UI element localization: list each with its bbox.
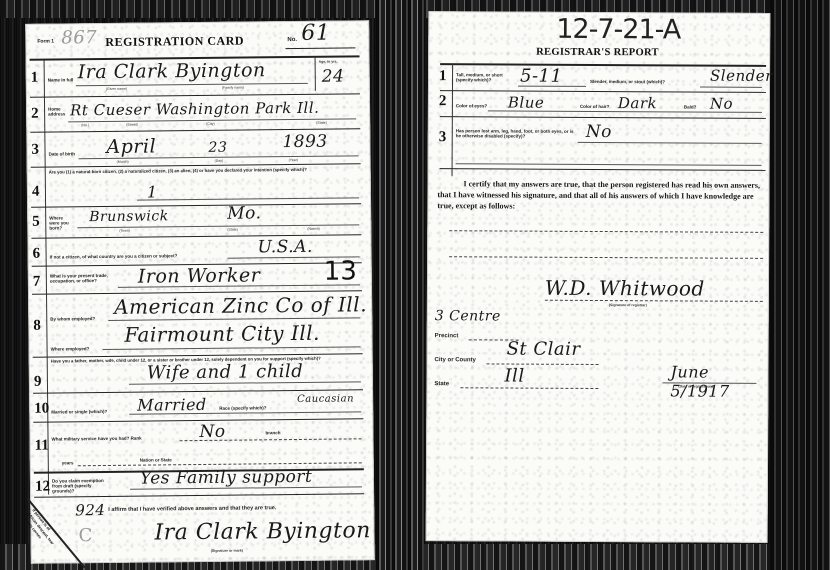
disability-value: No <box>586 122 612 142</box>
bald-label: Bald? <box>684 105 697 110</box>
occupation-value: Iron Worker <box>138 264 261 287</box>
registration-date-label: (Date of registration) <box>678 384 712 388</box>
registrars-report: 12-7-21-A REGISTRAR'S REPORT 1 Tall, med… <box>426 11 771 543</box>
film-divider <box>376 0 424 570</box>
build-value: Slender <box>710 67 773 85</box>
name-label: Name in full <box>48 78 74 83</box>
nation-label: Nation or State <box>140 458 172 463</box>
race-label: Race (specify which)? <box>219 406 266 411</box>
occupation-code: 13 <box>324 256 357 286</box>
state-value: Ill <box>504 366 524 387</box>
registration-card: Form 1 867 REGISTRATION CARD No. 61 1 Na… <box>25 20 375 564</box>
birthplace-town: Brunswick <box>89 208 169 225</box>
signature-label: (Signature or mark) <box>211 549 243 553</box>
certification-text: I certify that my answers are true, that… <box>437 178 763 213</box>
hair-color-value: Dark <box>618 94 657 112</box>
military-label: What military service have you had? Rank <box>52 437 142 443</box>
employer-label: By whom employed? <box>50 317 95 322</box>
foreign-citizen-label: If not a citizen, of what country are yo… <box>50 254 178 260</box>
eye-color-label: Color of eyes? <box>456 104 487 109</box>
age-value: 24 <box>322 66 345 86</box>
birthplace-state: Mo. <box>227 203 261 223</box>
city-value: St Clair <box>507 339 581 360</box>
employment-place-label: Where employed? <box>51 347 90 352</box>
serial-stamp: 12-7-21-A <box>556 14 680 46</box>
precinct-label: Precinct <box>435 333 459 340</box>
registrar-signature: W.D. Whitwood <box>545 276 705 301</box>
report-title: REGISTRAR'S REPORT <box>536 47 659 59</box>
employer-value: American Zinc Co of Ill. <box>114 292 367 319</box>
margin-note: 924 <box>75 501 105 519</box>
dob-label: Date of birth <box>49 152 76 157</box>
registrant-signature: Ira Clark Byington <box>154 518 371 545</box>
marital-label: Married or single (which)? <box>51 410 107 416</box>
citizenship-label: Are you (1) a natural-born citizen, (2) … <box>49 167 359 175</box>
state-label: State <box>434 381 449 388</box>
precinct-value: 3 Centre <box>435 308 501 324</box>
eye-color-value: Blue <box>508 94 544 112</box>
disability-label: Has person lost arm, leg, hand, foot, or… <box>456 129 576 140</box>
city-label: City or County <box>435 357 476 364</box>
form-number: 867 <box>61 27 97 48</box>
film-edge-right <box>770 0 830 570</box>
bald-value: No <box>710 95 733 113</box>
card-title: REGISTRATION CARD <box>105 34 244 50</box>
years-label: years <box>62 461 74 466</box>
serial-no: 61 <box>301 21 330 46</box>
employment-place-value: Fairmount City Ill. <box>124 321 320 347</box>
marital-value: Married <box>137 395 207 415</box>
dob-month: April <box>106 135 156 158</box>
affirmation-text: I affirm that I have verified above answ… <box>108 505 276 513</box>
name-value: Ira Clark Byington <box>78 59 266 83</box>
hair-color-label: Color of hair? <box>580 105 610 110</box>
build-label: Slender, medium, or stout (which)? <box>590 80 665 85</box>
address-label: Home address <box>48 107 68 117</box>
dependents-value: Wife and 1 child <box>147 361 304 384</box>
branch-label: branch <box>265 431 280 436</box>
height-label: Tall, medium, or short (specify which)? <box>456 73 518 83</box>
foreign-citizen-value: U.S.A. <box>257 237 313 258</box>
age-label: Age, in yrs. <box>319 60 338 64</box>
registrar-signature-label: (Signature of registrar) <box>609 303 647 307</box>
exemption-label: Do you claim exemption from draft (speci… <box>52 479 114 494</box>
address-value: Rt Cueser Washington Park Ill. <box>70 99 319 120</box>
margin-mark: C <box>78 525 93 546</box>
birthplace-label: Where were you born? <box>49 216 71 231</box>
dob-day: 23 <box>208 140 227 156</box>
occupation-label: What is your present trade, occupation, … <box>50 274 112 285</box>
exemption-value: Yes Family support <box>140 467 313 489</box>
serial-no-label: No. <box>287 37 297 44</box>
form-label: Form 1 <box>37 40 54 46</box>
dob-year: 1893 <box>282 132 327 152</box>
race-value: Caucasian <box>297 393 354 405</box>
height-value: 5-11 <box>520 66 563 87</box>
